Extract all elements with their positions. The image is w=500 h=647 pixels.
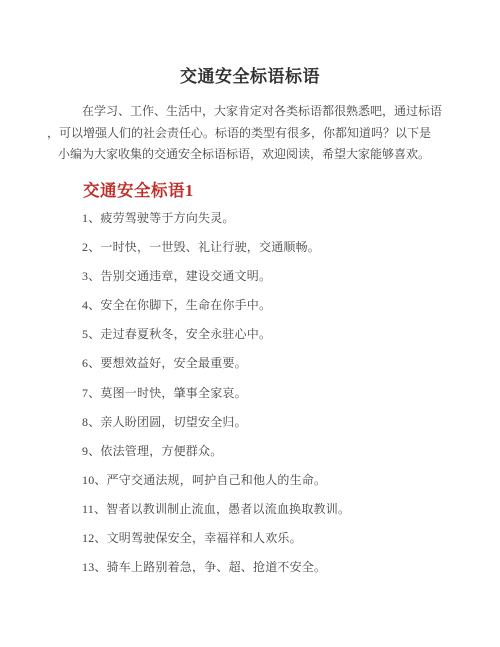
slogan-item: 5、走过春夏秋冬，安全永驻心中。	[82, 320, 490, 349]
slogan-item: 11、智者以教训制止流血，愚者以流血换取教训。	[82, 495, 490, 524]
slogan-item: 8、亲人盼团圆，切望安全归。	[82, 408, 490, 437]
intro-line-3: 小编为大家收集的交通安全标语标语，欢迎阅读，希望大家能够喜欢。	[58, 144, 445, 166]
section-heading: 交通安全标语1	[83, 182, 194, 200]
slogan-item: 2、一时快，一世毁、礼让行驶，交通顺畅。	[82, 233, 490, 262]
slogan-item: 13、骑车上路别着急，争、超、抢道不安全。	[82, 553, 490, 582]
slogan-list: 1、疲劳驾驶等于方向失灵。 2、一时快，一世毁、礼让行驶，交通顺畅。 3、告别交…	[82, 204, 490, 582]
intro-line-2: ，可以增强人们的社会责任心。标语的类型有很多，你都知道吗？以下是	[47, 123, 445, 145]
slogan-item: 6、要想效益好，安全最重要。	[82, 349, 490, 378]
slogan-item: 10、严守交通法规，呵护自己和他人的生命。	[82, 466, 490, 495]
intro-line-1: 在学习、工作、生活中，大家肯定对各类标语都很熟悉吧，通过标语	[58, 101, 445, 123]
slogan-item: 1、疲劳驾驶等于方向失灵。	[82, 204, 490, 233]
slogan-item: 12、文明驾驶保安全，幸福祥和人欢乐。	[82, 524, 490, 553]
slogan-item: 4、安全在你脚下，生命在你手中。	[82, 291, 490, 320]
slogan-item: 3、告别交通违章，建设交通文明。	[82, 262, 490, 291]
document-page: 交通安全标语标语 在学习、工作、生活中，大家肯定对各类标语都很熟悉吧，通过标语 …	[0, 0, 500, 647]
intro-paragraph: 在学习、工作、生活中，大家肯定对各类标语都很熟悉吧，通过标语 ，可以增强人们的社…	[58, 101, 445, 166]
slogan-item: 7、莫图一时快，肇事全家哀。	[82, 379, 490, 408]
slogan-item: 9、依法管理，方便群众。	[82, 437, 490, 466]
doc-title: 交通安全标语标语	[0, 66, 500, 88]
